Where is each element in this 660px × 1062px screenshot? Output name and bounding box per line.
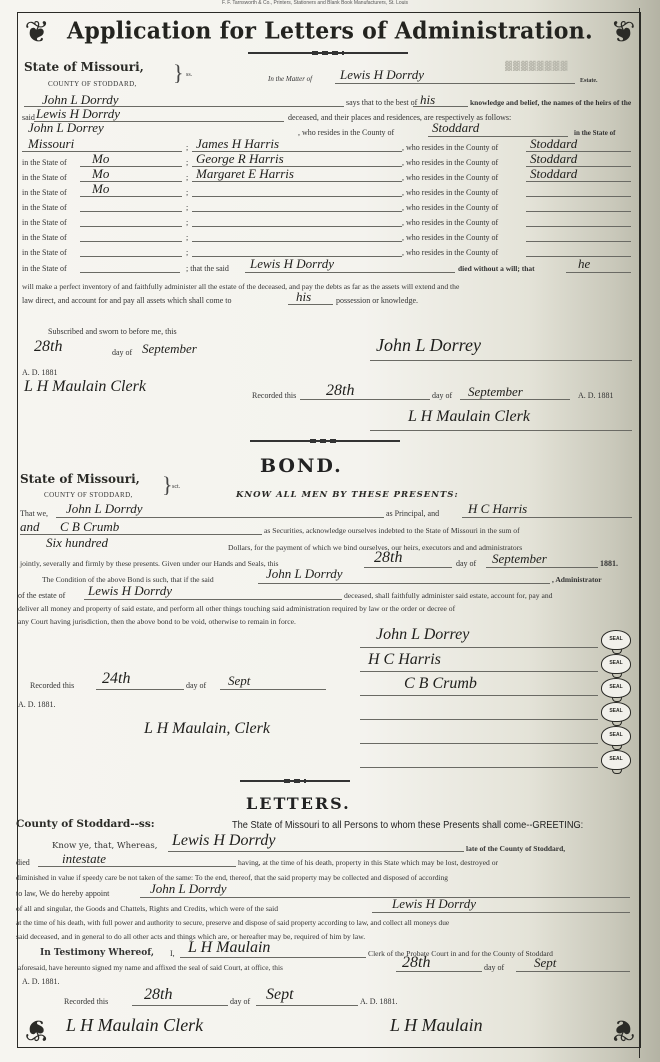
day-of-label: day of [112, 348, 132, 358]
in-matter-name: Lewis H Dorrdy [340, 68, 424, 82]
signature-line [360, 719, 598, 720]
heir-name: James H Harris [196, 137, 279, 151]
fill-line [516, 971, 630, 972]
recorded-label: Recorded this [30, 681, 74, 691]
fill-line [526, 241, 631, 242]
separator: ; [186, 143, 188, 153]
sct-label: sct. [172, 482, 180, 492]
who-resides-text: , who resides in the County of [402, 248, 498, 258]
ss-label: ss. [186, 70, 192, 80]
fill-line [526, 226, 631, 227]
fill-line [413, 106, 468, 107]
bond-signature: H C Harris [368, 653, 441, 667]
fill-line [258, 583, 550, 584]
letters-deceased-name: Lewis H Dorrdy [172, 834, 275, 848]
court-text: any Court having jurisdiction, then the … [18, 617, 296, 627]
signature-line [360, 695, 598, 696]
testimony-ad: A. D. 1881. [22, 977, 60, 987]
day-of-label: day of [456, 559, 476, 569]
fill-line [192, 181, 402, 182]
his-word: his [420, 93, 435, 107]
bond-signature: John L Dorrey [376, 628, 469, 642]
estate-name: Lewis H Dorrdy [88, 584, 172, 598]
fill-line [56, 517, 384, 518]
greeting-text: The State of Missouri to all Persons to … [232, 819, 583, 831]
bond-state-heading: State of Missouri, [20, 472, 140, 486]
fill-line [288, 304, 333, 305]
corner-ornament-icon: ❦ [18, 14, 56, 52]
document-title: Application for Letters of Administratio… [60, 17, 600, 44]
heir-name: John L Dorrey [28, 121, 104, 135]
day-of-label: day of [432, 391, 452, 401]
died-text: died without a will; that [458, 264, 535, 274]
seal-icon: SEAL [601, 654, 631, 674]
subscribed-text: Subscribed and sworn to before me, this [48, 327, 177, 337]
fill-line [526, 211, 631, 212]
fill-line [370, 430, 632, 431]
who-resides-text: , who resides in the County of [402, 188, 498, 198]
testimony-month: Sept [534, 956, 556, 970]
recorded-ad: A. D. 1881. [360, 997, 398, 1007]
who-resides-text: , who resides in the County of [402, 203, 498, 213]
recorded-ad: A. D. 1881 [578, 391, 614, 401]
bond-amount: Six hundred [46, 536, 108, 550]
seal-icon: SEAL [601, 630, 631, 650]
fill-line [96, 689, 184, 690]
day-of-label: day of [230, 997, 250, 1007]
testimony-label: In Testimony Whereof, [40, 948, 154, 958]
fill-line [140, 897, 630, 898]
fill-line [364, 567, 452, 568]
fill-line [300, 399, 430, 400]
fill-line [180, 957, 366, 958]
fill-line [370, 360, 632, 361]
surety-1-name: H C Harris [468, 502, 527, 516]
bond-county-heading: COUNTY OF STODDARD, [44, 491, 133, 499]
time-text: at the time of his death, with full powe… [16, 918, 449, 928]
heir-state: Missouri [28, 137, 74, 151]
fill-line [84, 599, 342, 600]
and-label: and [20, 520, 40, 534]
fill-line [168, 851, 464, 852]
fill-line [462, 517, 632, 518]
fill-line [80, 196, 182, 197]
who-resides-text: , who resides in the County of [402, 233, 498, 243]
fill-line [80, 226, 182, 227]
separator: ; [186, 158, 188, 168]
heir-county: Stoddard [432, 121, 479, 135]
in-state-label: in the State of [22, 188, 67, 198]
fill-line [132, 1005, 228, 1006]
testimony-clerk-name: L H Maulain [188, 941, 270, 955]
that-we-label: That we, [20, 509, 48, 519]
separator: ; [186, 188, 188, 198]
appointee-name: John L Dorrdy [150, 882, 227, 896]
ornamental-rule [240, 780, 350, 782]
heir-county: Stoddard [530, 152, 577, 166]
fill-line [80, 256, 182, 257]
document-page: F. F. Tarnsworth & Co., Printers, Statio… [0, 0, 660, 1062]
fill-line [335, 83, 575, 84]
recorded-ad: A. D. 1881. [18, 700, 56, 710]
seal-icon: SEAL [601, 678, 631, 698]
bond-title: BOND. [260, 455, 343, 477]
fill-line [192, 241, 402, 242]
ornamental-rule [250, 440, 400, 442]
law-text: law direct, and account for and pay all … [22, 296, 231, 306]
given-year: 1881. [600, 559, 618, 569]
document-border-outer [639, 8, 643, 1058]
fill-line [372, 912, 630, 913]
in-state-label: in the State of [22, 248, 67, 258]
recorded-month: Sept [228, 674, 250, 688]
recorded-label: Recorded this [64, 997, 108, 1007]
fill-line [80, 241, 182, 242]
fill-line [80, 272, 180, 273]
as-principal-text: as Principal, and [386, 509, 439, 519]
fill-line [526, 196, 631, 197]
principal-name: John L Dorrdy [66, 502, 143, 516]
clerk-text: Clerk of the Probate Court in and for th… [368, 949, 553, 959]
fill-line [192, 196, 402, 197]
fill-line [192, 226, 402, 227]
testimony-day: 28th [402, 956, 430, 970]
faint-stamp: ▓▓▓▓▓▓▓▓ [505, 62, 568, 72]
letters-title: LETTERS. [246, 794, 351, 813]
corner-ornament-icon: ❦ [18, 1010, 56, 1048]
recorded-month: September [468, 385, 523, 399]
signature-line [360, 671, 598, 672]
signature-line [360, 647, 598, 648]
that-said-text: ; that the said [186, 264, 229, 274]
seal-icon: SEAL [601, 702, 631, 722]
heir-state: Mo [92, 152, 109, 166]
in-state-label: in the State of [22, 218, 67, 228]
recorded-label: Recorded this [252, 391, 296, 401]
application-county-heading: COUNTY OF STODDARD, [48, 80, 137, 88]
fill-line [38, 866, 236, 867]
law-text-end: possession or knowledge. [336, 296, 418, 306]
fill-line [192, 211, 402, 212]
clerk-signature: L H Maulain Clerk [24, 380, 146, 394]
given-day: 28th [374, 551, 402, 565]
separator: ; [186, 173, 188, 183]
given-month: September [492, 552, 547, 566]
separator: ; [186, 203, 188, 213]
separator: ; [186, 248, 188, 258]
deliver-text: deliver all money and property of said e… [18, 604, 455, 614]
recorded-day: 28th [144, 988, 172, 1002]
know-all-heading: KNOW ALL MEN BY THESE PRESENTS: [236, 490, 459, 500]
in-matter-label: In the Matter of [268, 74, 312, 84]
heir-state: Mo [92, 167, 109, 181]
in-state-label: in the State of [22, 203, 67, 213]
brace: } [162, 474, 173, 496]
condition-name: John L Dorrdy [266, 567, 343, 581]
separator: ; [186, 233, 188, 243]
heir-name: Margaret E Harris [196, 167, 294, 181]
died-label: died [16, 858, 30, 868]
goods-text: of all and singular, the Goods and Chatt… [16, 904, 278, 914]
heir-county: Stoddard [530, 167, 577, 181]
appoint-text: to law, We do hereby appoint [16, 889, 109, 899]
fill-line [486, 567, 598, 568]
recorded-month: Sept [266, 988, 294, 1002]
recorded-clerk-signature: L H Maulain Clerk [408, 410, 530, 424]
recorded-day: 24th [102, 672, 130, 686]
bond-signature: C B Crumb [404, 677, 477, 691]
separator: ; [186, 218, 188, 228]
in-state-label: in the State of [574, 128, 615, 138]
fill-line [220, 689, 326, 690]
in-state-label: in the State of [22, 173, 67, 183]
corner-ornament-icon: ❦ [604, 14, 642, 52]
fill-line [526, 181, 631, 182]
printer-imprint: F. F. Tarnsworth & Co., Printers, Statio… [130, 0, 500, 6]
recorded-clerk-signature: L H Maulain, Clerk [144, 722, 270, 736]
inventory-text: will make a perfect inventory of and fai… [22, 282, 459, 292]
brace: } [173, 62, 184, 84]
says-text: says that to the best of [346, 98, 417, 108]
fill-line [245, 272, 455, 273]
seal-icon: SEAL [601, 750, 631, 770]
knowledge-text: knowledge and belief, the names of the h… [470, 98, 631, 108]
sworn-day: 28th [34, 340, 62, 354]
ad-label: A. D. 1881 [22, 368, 58, 378]
final-clerk-signature: L H Maulain [390, 1018, 483, 1032]
letters-county-heading: County of Stoddard--ss: [16, 818, 155, 830]
estate-label: Estate. [580, 76, 598, 86]
letters-clerk-signature: L H Maulain Clerk [66, 1018, 203, 1032]
aforesaid-text: aforesaid, have hereunto signed my name … [18, 963, 283, 973]
intestate-text: intestate [62, 852, 106, 866]
deceased-text: deceased, shall faithfully administer sa… [344, 591, 552, 601]
know-ye-text: Know ye, that, Whereas, [52, 841, 157, 851]
fill-line [256, 1005, 358, 1006]
who-resides-text: , who resides in the County of [402, 173, 498, 183]
sworn-month: September [142, 342, 197, 356]
applicant-signature: John L Dorrey [376, 338, 481, 352]
heir-county: Stoddard [530, 137, 577, 151]
who-resides-text: , who resides in the County of [402, 143, 498, 153]
fill-line [396, 971, 482, 972]
fill-line [460, 399, 570, 400]
his-word: his [296, 290, 311, 304]
fill-line [566, 272, 631, 273]
corner-ornament-icon: ❦ [604, 1010, 642, 1048]
died-name: Lewis H Dorrdy [250, 257, 334, 271]
application-state-heading: State of Missouri, [24, 60, 144, 74]
having-text: having, at the time of his death, proper… [238, 858, 498, 868]
jointly-text: jointly, severally and firmly by these p… [20, 559, 278, 569]
deceased-name: Lewis H Dorrdy [36, 107, 120, 121]
day-of-label: day of [484, 963, 504, 973]
estate-of-label: of the estate of [18, 591, 65, 601]
who-resides-text: , who resides in the County of [298, 128, 394, 138]
in-state-label: in the State of [22, 233, 67, 243]
recorded-day: 28th [326, 384, 354, 398]
administrator-label: , Administrator [552, 575, 602, 585]
heir-name: George R Harris [196, 152, 284, 166]
day-of-label: day of [186, 681, 206, 691]
diminished-text: diminished in value if speedy care be no… [16, 873, 448, 883]
late-of-text: late of the County of Stoddard, [466, 844, 565, 854]
who-resides-text: , who resides in the County of [402, 218, 498, 228]
surety-2-name: C B Crumb [60, 520, 119, 534]
he-word: he [578, 257, 590, 271]
in-state-label: in the State of [22, 158, 67, 168]
applicant-name: John L Dorrdy [42, 93, 119, 107]
signature-line [360, 767, 598, 768]
ornamental-rule [248, 52, 408, 54]
heir-state: Mo [92, 182, 109, 196]
i-label: I, [170, 949, 175, 959]
goods-deceased-name: Lewis H Dorrdy [392, 897, 476, 911]
in-state-label: in the State of [22, 264, 67, 274]
as-securities-text: as Securities, acknowledge ourselves ind… [264, 526, 520, 536]
seal-icon: SEAL [601, 726, 631, 746]
who-resides-text: , who resides in the County of [402, 158, 498, 168]
fill-line [80, 211, 182, 212]
signature-line [360, 743, 598, 744]
